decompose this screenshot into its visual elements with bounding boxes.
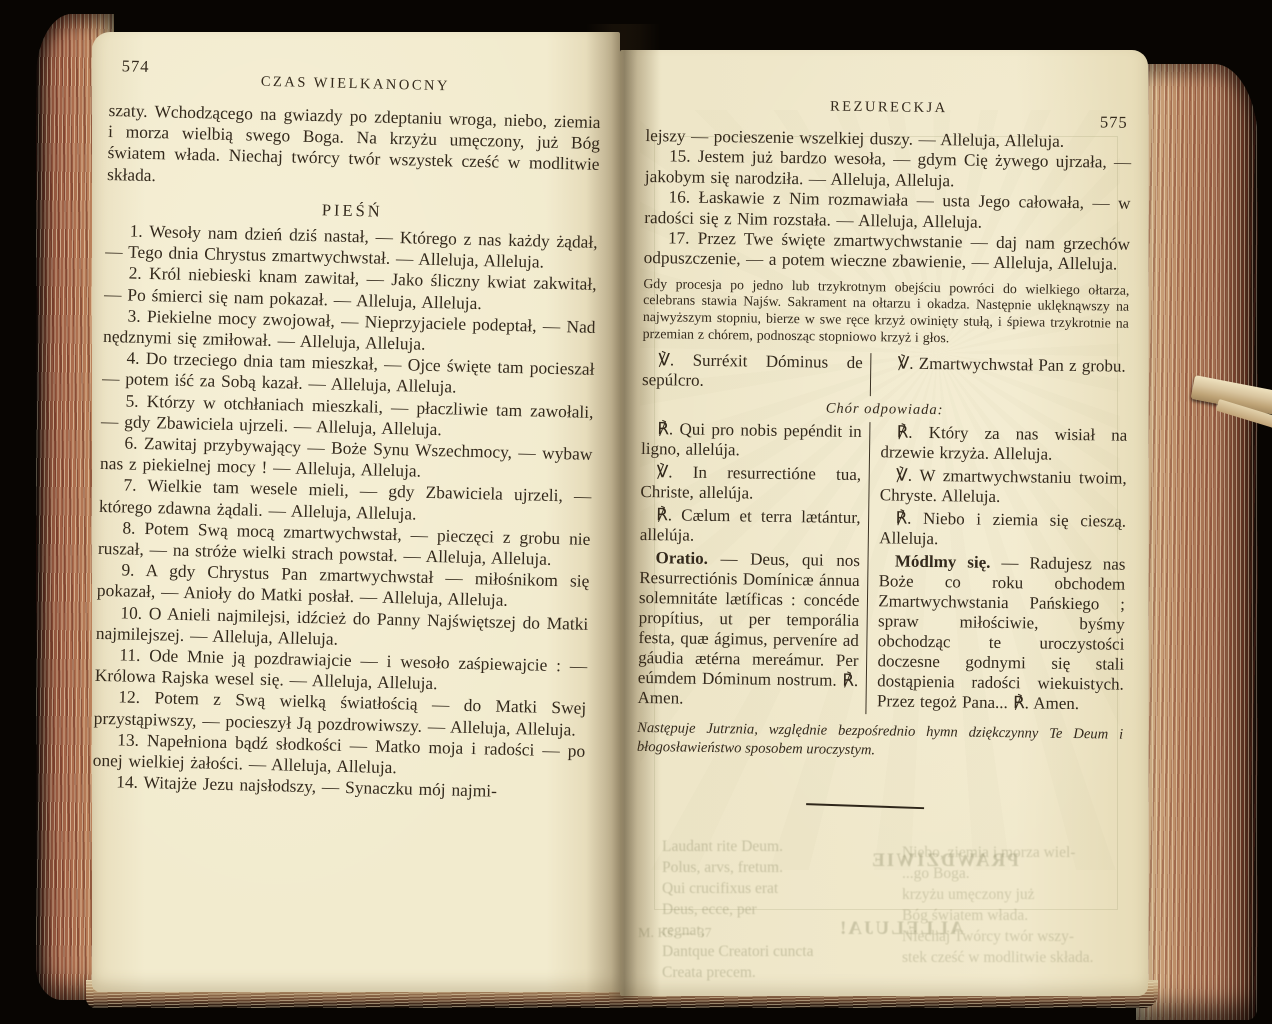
right-running-head: REZURECKJA: [646, 96, 1132, 120]
latin-oration-lead: Oratio.: [655, 548, 708, 568]
latin-response-1: ℟. Qui pro nobis pepéndit in ligno, alle…: [641, 419, 862, 462]
versicle-latin: ℣. Surréxit Dóminus de sepúlcro.: [642, 350, 871, 396]
ghost-text-line: Creata precem.: [662, 962, 882, 983]
polish-prayer-text: — Radujesz nas Boże co roku obchodem Zma…: [877, 553, 1126, 713]
ghost-text-line: regnat,: [662, 920, 882, 941]
right-page-number: 575: [1100, 112, 1128, 132]
right-page: REZURECKJA 575 lejszy — pocieszenie wsze…: [620, 50, 1148, 996]
polish-prayer-lead: Módlmy się.: [895, 552, 991, 572]
right-page-content: REZURECKJA 575 lejszy — pocieszenie wsze…: [636, 96, 1132, 811]
polish-prayer: Módlmy się. — Radujesz nas Boże co roku …: [877, 552, 1126, 715]
polish-response-1: ℟. Który za nas wisiał na drzewie krzyża…: [880, 423, 1127, 466]
choir-note: Chór odpowiada:: [642, 398, 1128, 422]
left-page: 574 CZAS WIELKANOCNY szaty. Wchodzącego …: [92, 32, 620, 992]
book-right-fore-edge: [1136, 64, 1258, 1020]
bleed-through-mirrored-text: ALLELUJA!: [838, 918, 964, 940]
footnote: Następuje Jutrznia, względnie bezpośredn…: [637, 719, 1123, 763]
versicle-row: ℣. Surréxit Dóminus de sepúlcro. ℣. Zmar…: [642, 350, 1129, 400]
left-running-head: CZAS WIELKANOCNY: [109, 70, 601, 99]
book-photo: { "scene": { "background_color": "#08050…: [0, 0, 1272, 1024]
ghost-text-line: Dantque Creatori cuncta: [662, 941, 882, 962]
latin-column: ℟. Qui pro nobis pepéndit in ligno, alle…: [637, 419, 869, 714]
polish-column: ℟. Który za nas wisiał na drzewie krzyża…: [866, 422, 1128, 718]
versicle-latin-text: ℣. Surréxit Dóminus de sepúlcro.: [642, 350, 863, 393]
verse-16: 16. Łaskawie z Nim rozmawiała — usta Jeg…: [644, 187, 1131, 235]
latin-oration: Oratio. — Deus, qui nos Resurrectiónis D…: [637, 548, 860, 711]
polish-response-2: ℟. Niebo i ziemia się cieszą. Alleluja.: [879, 509, 1126, 552]
signature-mark: M. Kś. — 37: [638, 926, 712, 942]
rubric-paragraph: Gdy procesja po jedno lub trzykrotnym ob…: [643, 276, 1130, 349]
latin-versicle-2: ℣. In resurrectióne tua, Christe, allelú…: [640, 462, 861, 505]
versicle-polish: ℣. Zmartwychwstał Pan z grobu.: [870, 353, 1128, 400]
polish-versicle-2: ℣. W zmartwychwstaniu twoim, Chryste. Al…: [880, 466, 1127, 509]
ghost-text-line: stek cześć w modlitwie składa.: [902, 947, 1116, 968]
ghost-text-line: Niechaj Twórcy twór wszy-: [902, 926, 1116, 947]
versicle-polish-text: ℣. Zmartwychwstał Pan z grobu.: [882, 354, 1129, 377]
left-page-content: 574 CZAS WIELKANOCNY szaty. Wchodzącego …: [92, 56, 602, 804]
verse-17: 17. Przez Twe święte zmartwychwstanie — …: [644, 228, 1131, 276]
latin-response-2: ℟. Cælum et terra lætántur, allelúja.: [640, 505, 861, 548]
responses-row: ℟. Qui pro nobis pepéndit in ligno, alle…: [637, 419, 1127, 718]
verse-15: 15. Jestem już bardzo wesoła, — gdym Cię…: [645, 146, 1132, 194]
latin-oration-text: — Deus, qui nos Resurrectiónis Domínicæ …: [637, 549, 860, 707]
intro-paragraph: szaty. Wchodzącego na gwiazdy po zdeptan…: [107, 100, 601, 197]
